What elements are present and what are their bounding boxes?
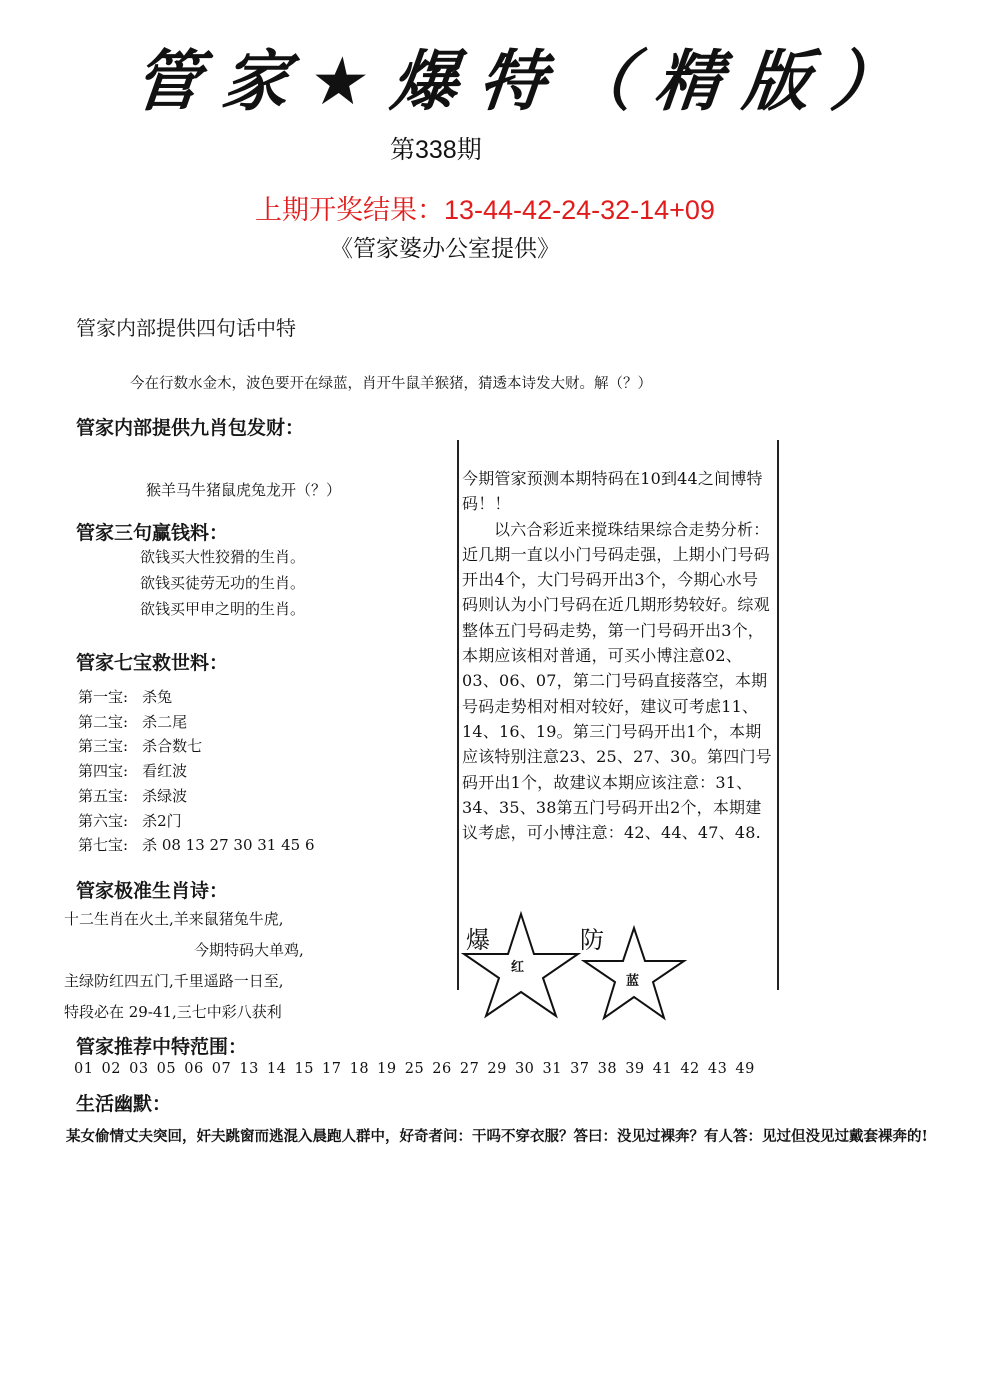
analysis-text: 今期管家预测本期特码在10到44之间博特码！！ 以六合彩近来搅珠结果综合走势分析…	[462, 466, 774, 845]
treasure-value: 杀2门	[142, 809, 182, 834]
seven-treasures-heading: 管家七宝救世料：	[76, 648, 228, 675]
star-right-inner: 蓝	[626, 970, 639, 989]
poem-line: 特段必在 29-41,三七中彩八获利	[64, 997, 304, 1028]
poem-line: 今期特码大单鸡,	[64, 935, 304, 966]
humor-text: 某女偷情丈夫突回，奸夫跳窗而逃混入晨跑人群中，好奇者问：干吗不穿衣服？答曰：没见…	[66, 1126, 946, 1148]
provider-line: 《管家婆办公室提供》	[330, 230, 560, 263]
treasure-label: 第三宝:	[78, 734, 128, 759]
last-result-label: 上期开奖结果：	[255, 195, 444, 225]
treasure-item: 第六宝:杀2门	[78, 809, 315, 834]
three-sentences-line: 欲钱买徒劳无功的生肖。	[140, 570, 305, 596]
treasure-label: 第二宝:	[78, 710, 128, 735]
analysis-paragraph-2: 以六合彩近来搅珠结果综合走势分析：近几期一直以小门号码走强，上期小门号码开出4个…	[462, 517, 774, 846]
treasure-item: 第二宝:杀二尾	[78, 710, 315, 735]
treasure-label: 第四宝:	[78, 759, 128, 784]
treasure-item: 第一宝:杀兔	[78, 685, 315, 710]
three-sentences-list: 欲钱买大性狡猾的生肖。 欲钱买徒劳无功的生肖。 欲钱买甲申之明的生肖。	[140, 544, 305, 622]
three-sentences-line: 欲钱买大性狡猾的生肖。	[140, 544, 305, 570]
three-sentences-line: 欲钱买甲申之明的生肖。	[140, 596, 305, 622]
poem-line: 主绿防红四五门,千里遥路一日至,	[64, 966, 304, 997]
treasure-value: 杀 08 13 27 30 31 45 6	[142, 833, 314, 858]
poem-line: 十二生肖在火土,羊来鼠猪兔牛虎,	[64, 904, 304, 935]
four-sentences-text: 今在行数水金木，波色要开在绿蓝，肖开牛鼠羊猴猪，猜透本诗发大财。解（？）	[130, 372, 652, 396]
recommended-numbers: 01 02 03 05 06 07 13 14 15 17 18 19 25 2…	[74, 1061, 755, 1077]
star-left-inner: 红	[511, 956, 524, 975]
poem-lines: 十二生肖在火土,羊来鼠猪兔牛虎, 今期特码大单鸡, 主绿防红四五门,千里遥路一日…	[64, 904, 304, 1028]
nine-zodiac-heading: 管家内部提供九肖包发财：	[76, 413, 304, 440]
treasure-value: 杀合数七	[142, 734, 202, 759]
seven-treasures-list: 第一宝:杀兔 第二宝:杀二尾 第三宝:杀合数七 第四宝:看红波 第五宝:杀绿波 …	[78, 685, 315, 858]
poem-heading: 管家极准生肖诗：	[76, 876, 228, 903]
treasure-value: 杀兔	[142, 685, 172, 710]
treasure-value: 看红波	[142, 759, 187, 784]
nine-zodiac-text: 猴羊马牛猪鼠虎兔龙开（？）	[146, 478, 341, 502]
last-result: 上期开奖结果：13-44-42-24-32-14+09	[255, 188, 715, 227]
treasure-label: 第七宝:	[78, 833, 128, 858]
page-title: 管家★爆特（精版）	[130, 28, 925, 123]
four-sentences-heading: 管家内部提供四句话中特	[76, 312, 296, 341]
three-sentences-heading: 管家三句赢钱料：	[76, 518, 228, 545]
treasure-label: 第一宝:	[78, 685, 128, 710]
treasure-value: 杀绿波	[142, 784, 187, 809]
treasure-item: 第四宝:看红波	[78, 759, 315, 784]
treasure-item: 第三宝:杀合数七	[78, 734, 315, 759]
last-result-numbers: 13-44-42-24-32-14+09	[444, 195, 715, 225]
treasure-item: 第五宝:杀绿波	[78, 784, 315, 809]
recommended-range-heading: 管家推荐中特范围：	[76, 1032, 247, 1059]
analysis-paragraph-1: 今期管家预测本期特码在10到44之间博特码！！	[462, 466, 774, 517]
treasure-item: 第七宝:杀 08 13 27 30 31 45 6	[78, 833, 315, 858]
issue-number: 第338期	[390, 130, 482, 166]
treasure-value: 杀二尾	[142, 710, 187, 735]
treasure-label: 第六宝:	[78, 809, 128, 834]
treasure-label: 第五宝:	[78, 784, 128, 809]
humor-heading: 生活幽默：	[76, 1089, 171, 1116]
